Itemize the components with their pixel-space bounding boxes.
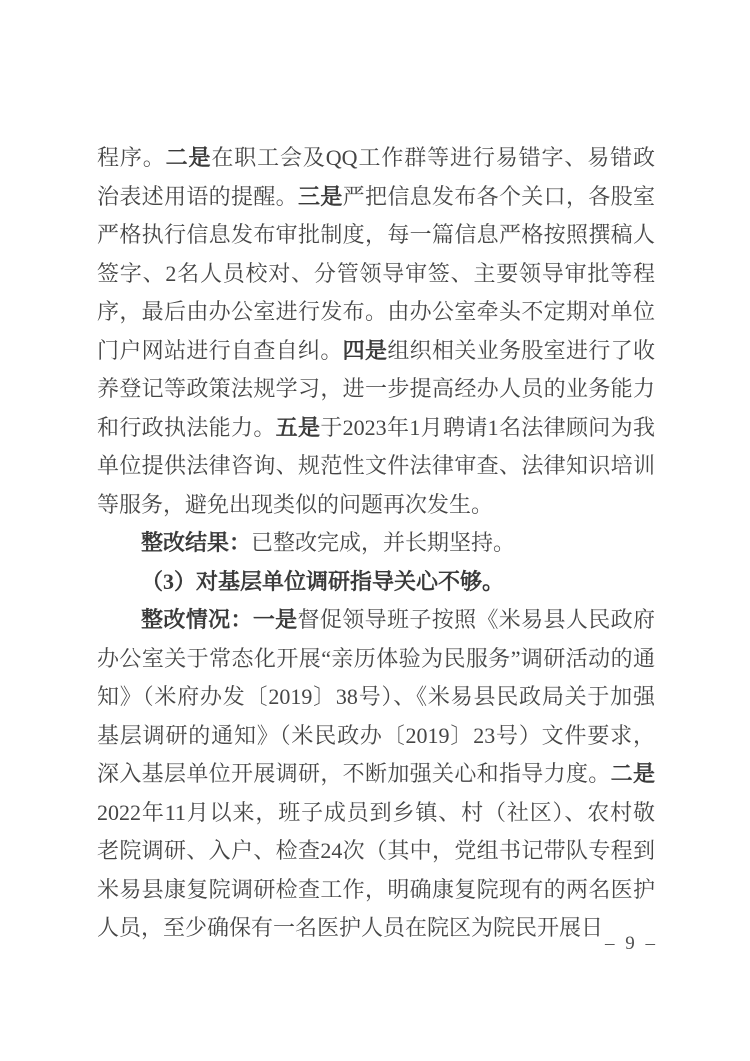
text-segment: 程序。 bbox=[97, 145, 166, 170]
paragraph-issue-heading: （3）对基层单位调研指导关心不够。 bbox=[97, 563, 655, 602]
text-segment-bold: 一是 bbox=[253, 607, 298, 632]
text-segment-bold: （3）对基层单位调研指导关心不够。 bbox=[141, 569, 504, 594]
text-segment-bold: 整改情况： bbox=[141, 607, 253, 632]
document-page: 程序。二是在职工会及QQ工作群等进行易错字、易错政治表述用语的提醒。三是严把信息… bbox=[0, 0, 750, 1061]
document-body: 程序。二是在职工会及QQ工作群等进行易错字、易错政治表述用语的提醒。三是严把信息… bbox=[97, 139, 655, 948]
text-segment: 2022年11月以来，班子成员到乡镇、村（社区）、农村敬老院调研、入户、检查24… bbox=[97, 800, 655, 941]
text-segment: 严把信息发布各个关口，各股室严格执行信息发布审批制度，每一篇信息严格按照撰稿人签… bbox=[97, 184, 655, 363]
text-segment-bold: 五是 bbox=[276, 415, 321, 440]
text-segment: 已整改完成，并长期坚持。 bbox=[251, 530, 515, 555]
text-segment-bold: 二是 bbox=[611, 761, 655, 786]
text-segment: 督促领导班子按照《米易县人民政府办公室关于常态化开展“亲历体验为民服务”调研活动… bbox=[97, 607, 655, 786]
page-number: – 9 – bbox=[605, 933, 658, 955]
paragraph-rectification-status: 整改情况：一是督促领导班子按照《米易县人民政府办公室关于常态化开展“亲历体验为民… bbox=[97, 601, 655, 948]
text-segment-bold: 三是 bbox=[298, 184, 343, 209]
paragraph-continuation-measures: 程序。二是在职工会及QQ工作群等进行易错字、易错政治表述用语的提醒。三是严把信息… bbox=[97, 139, 655, 524]
text-segment-bold: 整改结果： bbox=[141, 530, 251, 555]
text-segment-bold: 四是 bbox=[343, 338, 388, 363]
paragraph-rectification-result: 整改结果：已整改完成，并长期坚持。 bbox=[97, 524, 655, 563]
text-segment-bold: 二是 bbox=[166, 145, 212, 170]
